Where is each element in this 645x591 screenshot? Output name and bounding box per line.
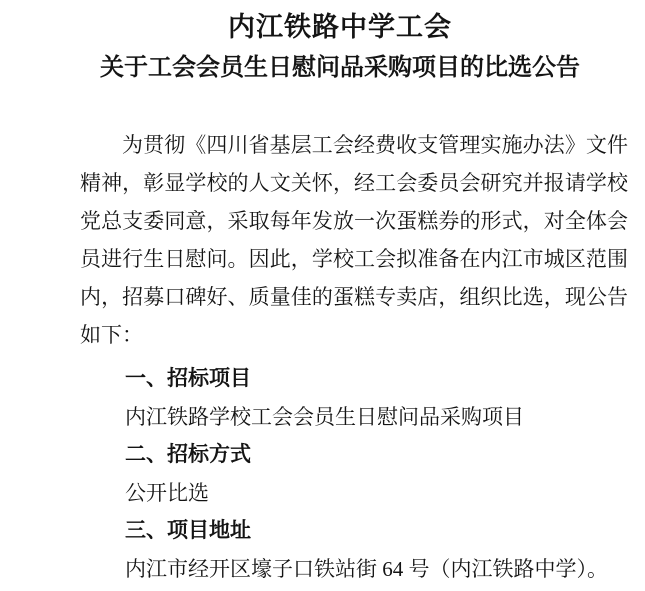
section-project-address: 三、项目地址 内江市经开区壕子口铁站街 64 号（内江铁路中学）。 (80, 512, 628, 588)
section-2-heading: 二、招标方式 (80, 436, 628, 474)
doc-title: 内江铁路中学工会 (80, 12, 600, 42)
sections: 一、招标项目 内江铁路学校工会会员生日慰问品采购项目 二、招标方式 公开比选 三… (80, 360, 628, 588)
section-bid-project: 一、招标项目 内江铁路学校工会会员生日慰问品采购项目 (80, 360, 628, 436)
document-header: 内江铁路中学工会 关于工会会员生日慰问品采购项目的比选公告 (80, 12, 600, 82)
document-page: 内江铁路中学工会 关于工会会员生日慰问品采购项目的比选公告 为贯彻《四川省基层工… (0, 0, 645, 591)
doc-subtitle: 关于工会会员生日慰问品采购项目的比选公告 (80, 54, 600, 82)
section-3-heading: 三、项目地址 (80, 512, 628, 550)
section-3-content: 内江市经开区壕子口铁站街 64 号（内江铁路中学）。 (80, 550, 628, 588)
section-bid-method: 二、招标方式 公开比选 (80, 436, 628, 512)
section-1-content: 内江铁路学校工会会员生日慰问品采购项目 (80, 398, 628, 436)
intro-paragraph: 为贯彻《四川省基层工会经费收支管理实施办法》文件精神，彰显学校的人文关怀，经工会… (80, 126, 628, 354)
section-1-heading: 一、招标项目 (80, 360, 628, 398)
section-2-content: 公开比选 (80, 474, 628, 512)
